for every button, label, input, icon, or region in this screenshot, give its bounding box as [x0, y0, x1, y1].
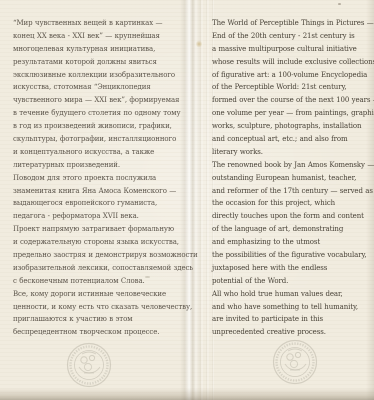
text-line: the possibilities of the figurative voca…: [212, 251, 372, 264]
text-line: Поводом для этого проекта послужила: [13, 174, 183, 187]
text-line: literary works.: [212, 148, 372, 161]
text-line: эксклюзивные коллекции изобразительного: [13, 71, 183, 84]
text-line: are invited to participate in this: [212, 315, 372, 328]
text-line: The renowned book by Jan Amos Komensky —: [212, 161, 372, 174]
text-line: potential of the Word.: [212, 277, 372, 290]
text-line: a massive multipurpose cultural initiati…: [212, 45, 372, 58]
text-line: of the language of art, demonstrating: [212, 225, 372, 238]
text-line: и концептуального искусства, а также: [13, 148, 183, 161]
text-line: конец XX века - XXI век” — крупнейшая: [13, 32, 183, 45]
text-line: “Мир чувственных вещей в картинках —: [13, 19, 183, 32]
text-line: в течение будущего столетия по одному то…: [13, 109, 183, 122]
english-text-block: The World of Perceptible Things in Pictu…: [212, 19, 372, 341]
embossed-seal-icon: [270, 337, 320, 387]
text-line: знаменитая книга Яна Амоса Коменского —: [13, 187, 183, 200]
text-line: and emphasizing to the utmost: [212, 238, 372, 251]
page-edge-shadow: [366, 0, 374, 400]
text-line: of the Perceptible World: 21st century,: [212, 83, 372, 96]
text-line: works, sculpture, photographs, installat…: [212, 122, 372, 135]
text-line: приглашаются к участию в этом: [13, 315, 183, 328]
text-line: The World of Perceptible Things in Pictu…: [212, 19, 372, 32]
text-line: Все, кому дороги истинные человеческие: [13, 290, 183, 303]
paper-speck: [145, 276, 150, 278]
text-line: выдающегося европейского гуманиста,: [13, 199, 183, 212]
text-line: Проект напрямую затрагивает формальную: [13, 225, 183, 238]
text-line: скульптуры, фотографии, инсталляционного: [13, 135, 183, 148]
text-line: whose results will include exclusive col…: [212, 58, 372, 71]
text-line: результатами которой должны явиться: [13, 58, 183, 71]
paper-speck: [338, 3, 341, 5]
russian-text-block: “Мир чувственных вещей в картинках —коне…: [13, 19, 183, 341]
text-line: педагога - реформатора XVII века.: [13, 212, 183, 225]
text-line: All who hold true human values dear,: [212, 290, 372, 303]
scanned-book-spread: “Мир чувственных вещей в картинках —коне…: [0, 0, 374, 400]
text-line: juxtaposed here with the endless: [212, 264, 372, 277]
text-line: and who have something to tell humanity,: [212, 303, 372, 316]
text-line: the occasion for this project, which: [212, 199, 372, 212]
text-line: and conceptual art, etc.; and also from: [212, 135, 372, 148]
text-line: formed over the course of the next 100 y…: [212, 96, 372, 109]
text-line: в год из произведений живописи, графики,: [13, 122, 183, 135]
text-line: с бесконечным потенциалом Слова.: [13, 277, 183, 290]
page-bottom-shadow: [0, 388, 374, 400]
gutter-fold: [180, 0, 202, 400]
text-line: outstanding European humanist, teacher,: [212, 174, 372, 187]
text-line: искусства, стотомная “Энциклопедия: [13, 83, 183, 96]
text-line: чувственного мира — XXI век”, формируема…: [13, 96, 183, 109]
text-line: и содержательную стороны языка искусства…: [13, 238, 183, 251]
paper-stain: [196, 40, 202, 48]
embossed-seal-icon: [64, 340, 114, 390]
text-line: of figurative art: a 100-volume Encyclop…: [212, 71, 372, 84]
text-line: directly touches upon the form and conte…: [212, 212, 372, 225]
text-line: многоцелевая культурная инициатива,: [13, 45, 183, 58]
text-line: изобразительной лексики, сопоставляемой …: [13, 264, 183, 277]
text-line: предельно заостряя и демонстрируя возмож…: [13, 251, 183, 264]
text-line: ценности, и кому есть что сказать челове…: [13, 303, 183, 316]
text-line: one volume per year — from paintings, gr…: [212, 109, 372, 122]
text-line: and reformer of the 17th century — serve…: [212, 187, 372, 200]
text-line: End of the 20th century - 21st century i…: [212, 32, 372, 45]
text-line: литературных произведений.: [13, 161, 183, 174]
